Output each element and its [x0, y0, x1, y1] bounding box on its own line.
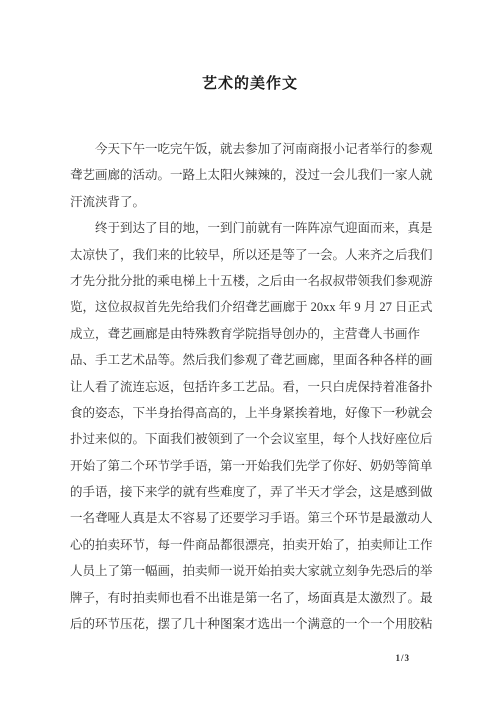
text-line: 后的环节压花，摆了几十种图案才选出一个满意的一个一个用胶粘 [70, 611, 438, 637]
text-line: 览，这位叔叔首先先给我们介绍聋艺画廊于 20xx 年 9 月 27 日正式 [70, 294, 438, 320]
text-line: 牌子，有时拍卖师也看不出谁是第一名了，场面真是太激烈了。最 [70, 585, 438, 611]
text-line: 扑过来似的。下面我们被领到了一个会议室里，每个人找好座位后 [70, 426, 438, 452]
text-line: 今天下午一吃完午饭，就去参加了河南商报小记者举行的参观 [70, 136, 438, 162]
page-number: 1/3 [395, 653, 410, 663]
paragraph: 今天下午一吃完午饭，就去参加了河南商报小记者举行的参观聋艺画廊的活动。一路上太阳… [70, 136, 438, 215]
document-body: 今天下午一吃完午饭，就去参加了河南商报小记者举行的参观聋艺画廊的活动。一路上太阳… [70, 136, 438, 637]
text-line: 开始了第二个环节学手语，第一开始我们先学了你好、奶奶等简单 [70, 453, 438, 479]
text-line: 才先分批分批的乘电梯上十五楼，之后由一名叔叔带领我们参观游 [70, 268, 438, 294]
text-line: 让人看了流连忘返，包括许多工艺品。看，一只白虎保持着准备扑 [70, 374, 438, 400]
paragraph: 终于到达了目的地，一到门前就有一阵阵凉气迎面而来，真是太凉快了，我们来的比较早，… [70, 215, 438, 637]
text-line: 聋艺画廊的活动。一路上太阳火辣辣的，没过一会儿我们一家人就 [70, 162, 438, 188]
text-line: 终于到达了目的地，一到门前就有一阵阵凉气迎面而来，真是 [70, 215, 438, 241]
document-page: 艺术的美作文 今天下午一吃完午饭，就去参加了河南商报小记者举行的参观聋艺画廊的活… [0, 0, 500, 707]
text-line: 汗流浃背了。 [70, 189, 438, 215]
text-line: 一名聋哑人真是太不容易了还要学习手语。第三个环节是最激动人 [70, 505, 438, 531]
text-line: 太凉快了，我们来的比较早，所以还是等了一会。人来齐之后我们 [70, 242, 438, 268]
text-line: 的手语，接下来学的就有些难度了，弄了半天才学会，这是感到做 [70, 479, 438, 505]
text-line: 食的姿态，下半身抬得高高的，上半身紧挨着地，好像下一秒就会 [70, 400, 438, 426]
document-title: 艺术的美作文 [0, 72, 500, 93]
text-line: 人员上了第一幅画，拍卖师一说开始拍卖大家就立刻争先恐后的举 [70, 558, 438, 584]
text-line: 心的拍卖环节，每一件商品都很漂亮，拍卖开始了，拍卖师让工作 [70, 532, 438, 558]
text-line: 成立，聋艺画廊是由特殊教育学院指导创办的，主营聋人书画作 [70, 321, 438, 347]
text-line: 品、手工艺术品等。然后我们参观了聋艺画廊，里面各种各样的画 [70, 347, 438, 373]
